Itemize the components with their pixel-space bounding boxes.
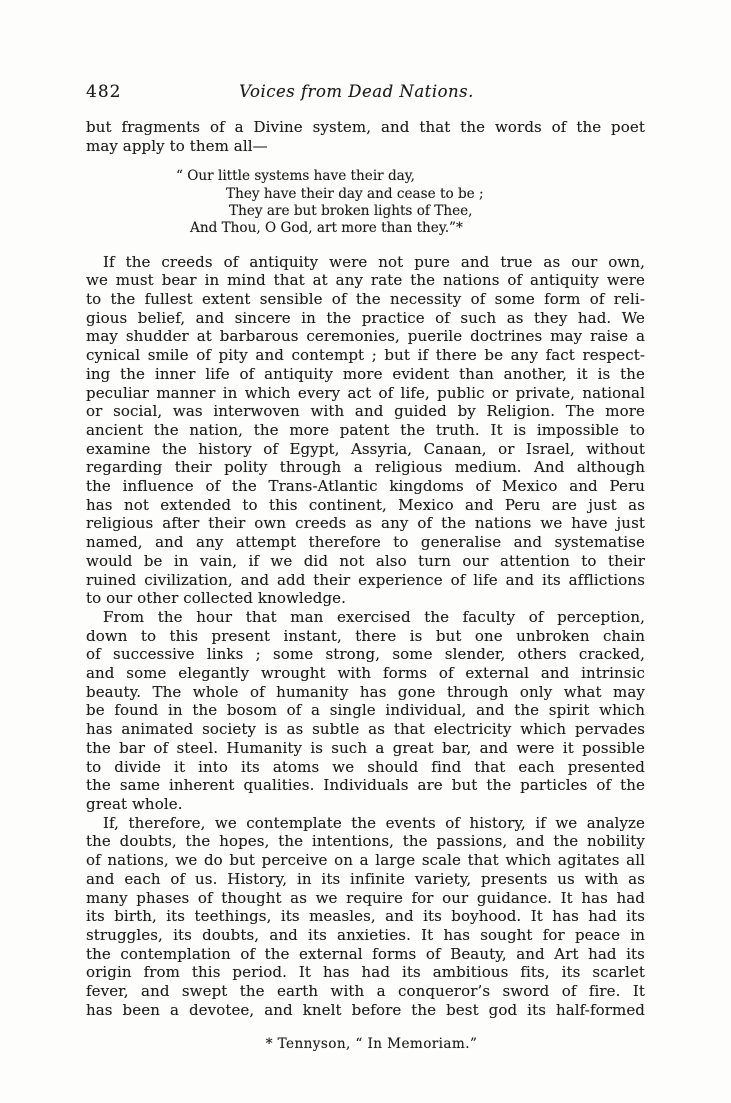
text-line: cynical smile of pity and contempt ; but… [86, 346, 645, 365]
text-line: has not extended to this continent, Mexi… [86, 496, 645, 515]
verse-quote: “ Our little systems have their day,They… [176, 168, 645, 237]
text-line: And Thou, O God, art more than they.”* [190, 220, 645, 237]
text-line: beauty. The whole of humanity has gone t… [86, 683, 645, 702]
text-line: ing the inner life of antiquity more evi… [86, 365, 645, 384]
text-line: They have their day and cease to be ; [226, 186, 645, 203]
text-line: examine the history of Egypt, Assyria, C… [86, 440, 645, 459]
text-line: origin from this period. It has had its … [86, 963, 645, 982]
text-line: or social, was interwoven with and guide… [86, 402, 645, 421]
text-line: but fragments of a Divine system, and th… [86, 118, 645, 137]
text-line: named, and any attempt therefore to gene… [86, 533, 645, 552]
paragraph: If the creeds of antiquity were not pure… [86, 253, 645, 608]
text-line: If, therefore, we contemplate the events… [86, 814, 645, 833]
text-line: and some elegantly wrought with forms of… [86, 664, 645, 683]
text-line: peculiar manner in which every act of li… [86, 384, 645, 403]
text-line: down to this present instant, there is b… [86, 627, 645, 646]
text-line: the doubts, the hopes, the intentions, t… [86, 832, 645, 851]
footnote: * Tennyson, “ In Memoriam.” [92, 1036, 651, 1052]
paragraph: but fragments of a Divine system, and th… [86, 118, 645, 155]
text-line: we must bear in mind that at any rate th… [86, 271, 645, 290]
text-line: regarding their polity through a religio… [86, 458, 645, 477]
text-line: would be in vain, if we did not also tur… [86, 552, 645, 571]
text-line: and each of us. History, in its infinite… [86, 870, 645, 889]
text-line: great whole. [86, 795, 645, 814]
text-line: many phases of thought as we require for… [86, 889, 645, 908]
text-line: may apply to them all— [86, 137, 645, 156]
text-line: religious after their own creeds as any … [86, 514, 645, 533]
text-line: be found in the bosom of a single indivi… [86, 701, 645, 720]
text-line: to divide it into its atoms we should fi… [86, 758, 645, 777]
page-body: but fragments of a Divine system, and th… [86, 118, 645, 1019]
text-line: of successive links ; some strong, some … [86, 645, 645, 664]
text-line: may shudder at barbarous ceremonies, pue… [86, 327, 645, 346]
text-line: From the hour that man exercised the fac… [86, 608, 645, 627]
text-line: the bar of steel. Humanity is such a gre… [86, 739, 645, 758]
book-page: 482 Voices from Dead Nations. but fragme… [0, 0, 731, 1103]
text-line: its birth, its teethings, its measles, a… [86, 907, 645, 926]
paragraph: If, therefore, we contemplate the events… [86, 814, 645, 1020]
text-line: the contemplation of the external forms … [86, 945, 645, 964]
text-line: to the fullest extent sensible of the ne… [86, 290, 645, 309]
text-line: of nations, we do but perceive on a larg… [86, 851, 645, 870]
running-title: Voices from Dead Nations. [138, 82, 575, 101]
text-line: has been a devotee, and knelt before the… [86, 1001, 645, 1020]
text-line: the same inherent qualities. Individuals… [86, 776, 645, 795]
text-line: They are but broken lights of Thee, [229, 203, 645, 220]
text-line: fever, and swept the earth with a conque… [86, 982, 645, 1001]
text-line: ancient the nation, the more patent the … [86, 421, 645, 440]
text-line: has animated society is as subtle as tha… [86, 720, 645, 739]
text-line: gious belief, and sincere in the practic… [86, 309, 645, 328]
text-line: If the creeds of antiquity were not pure… [86, 253, 645, 272]
text-line: ruined civilization, and add their exper… [86, 571, 645, 590]
text-blocks: but fragments of a Divine system, and th… [86, 118, 645, 1019]
text-line: the influence of the Trans-Atlantic king… [86, 477, 645, 496]
text-line: to our other collected knowledge. [86, 589, 645, 608]
text-line: “ Our little systems have their day, [176, 168, 645, 185]
text-line: struggles, its doubts, and its anxieties… [86, 926, 645, 945]
page-header: 482 Voices from Dead Nations. [86, 82, 645, 102]
paragraph: From the hour that man exercised the fac… [86, 608, 645, 814]
